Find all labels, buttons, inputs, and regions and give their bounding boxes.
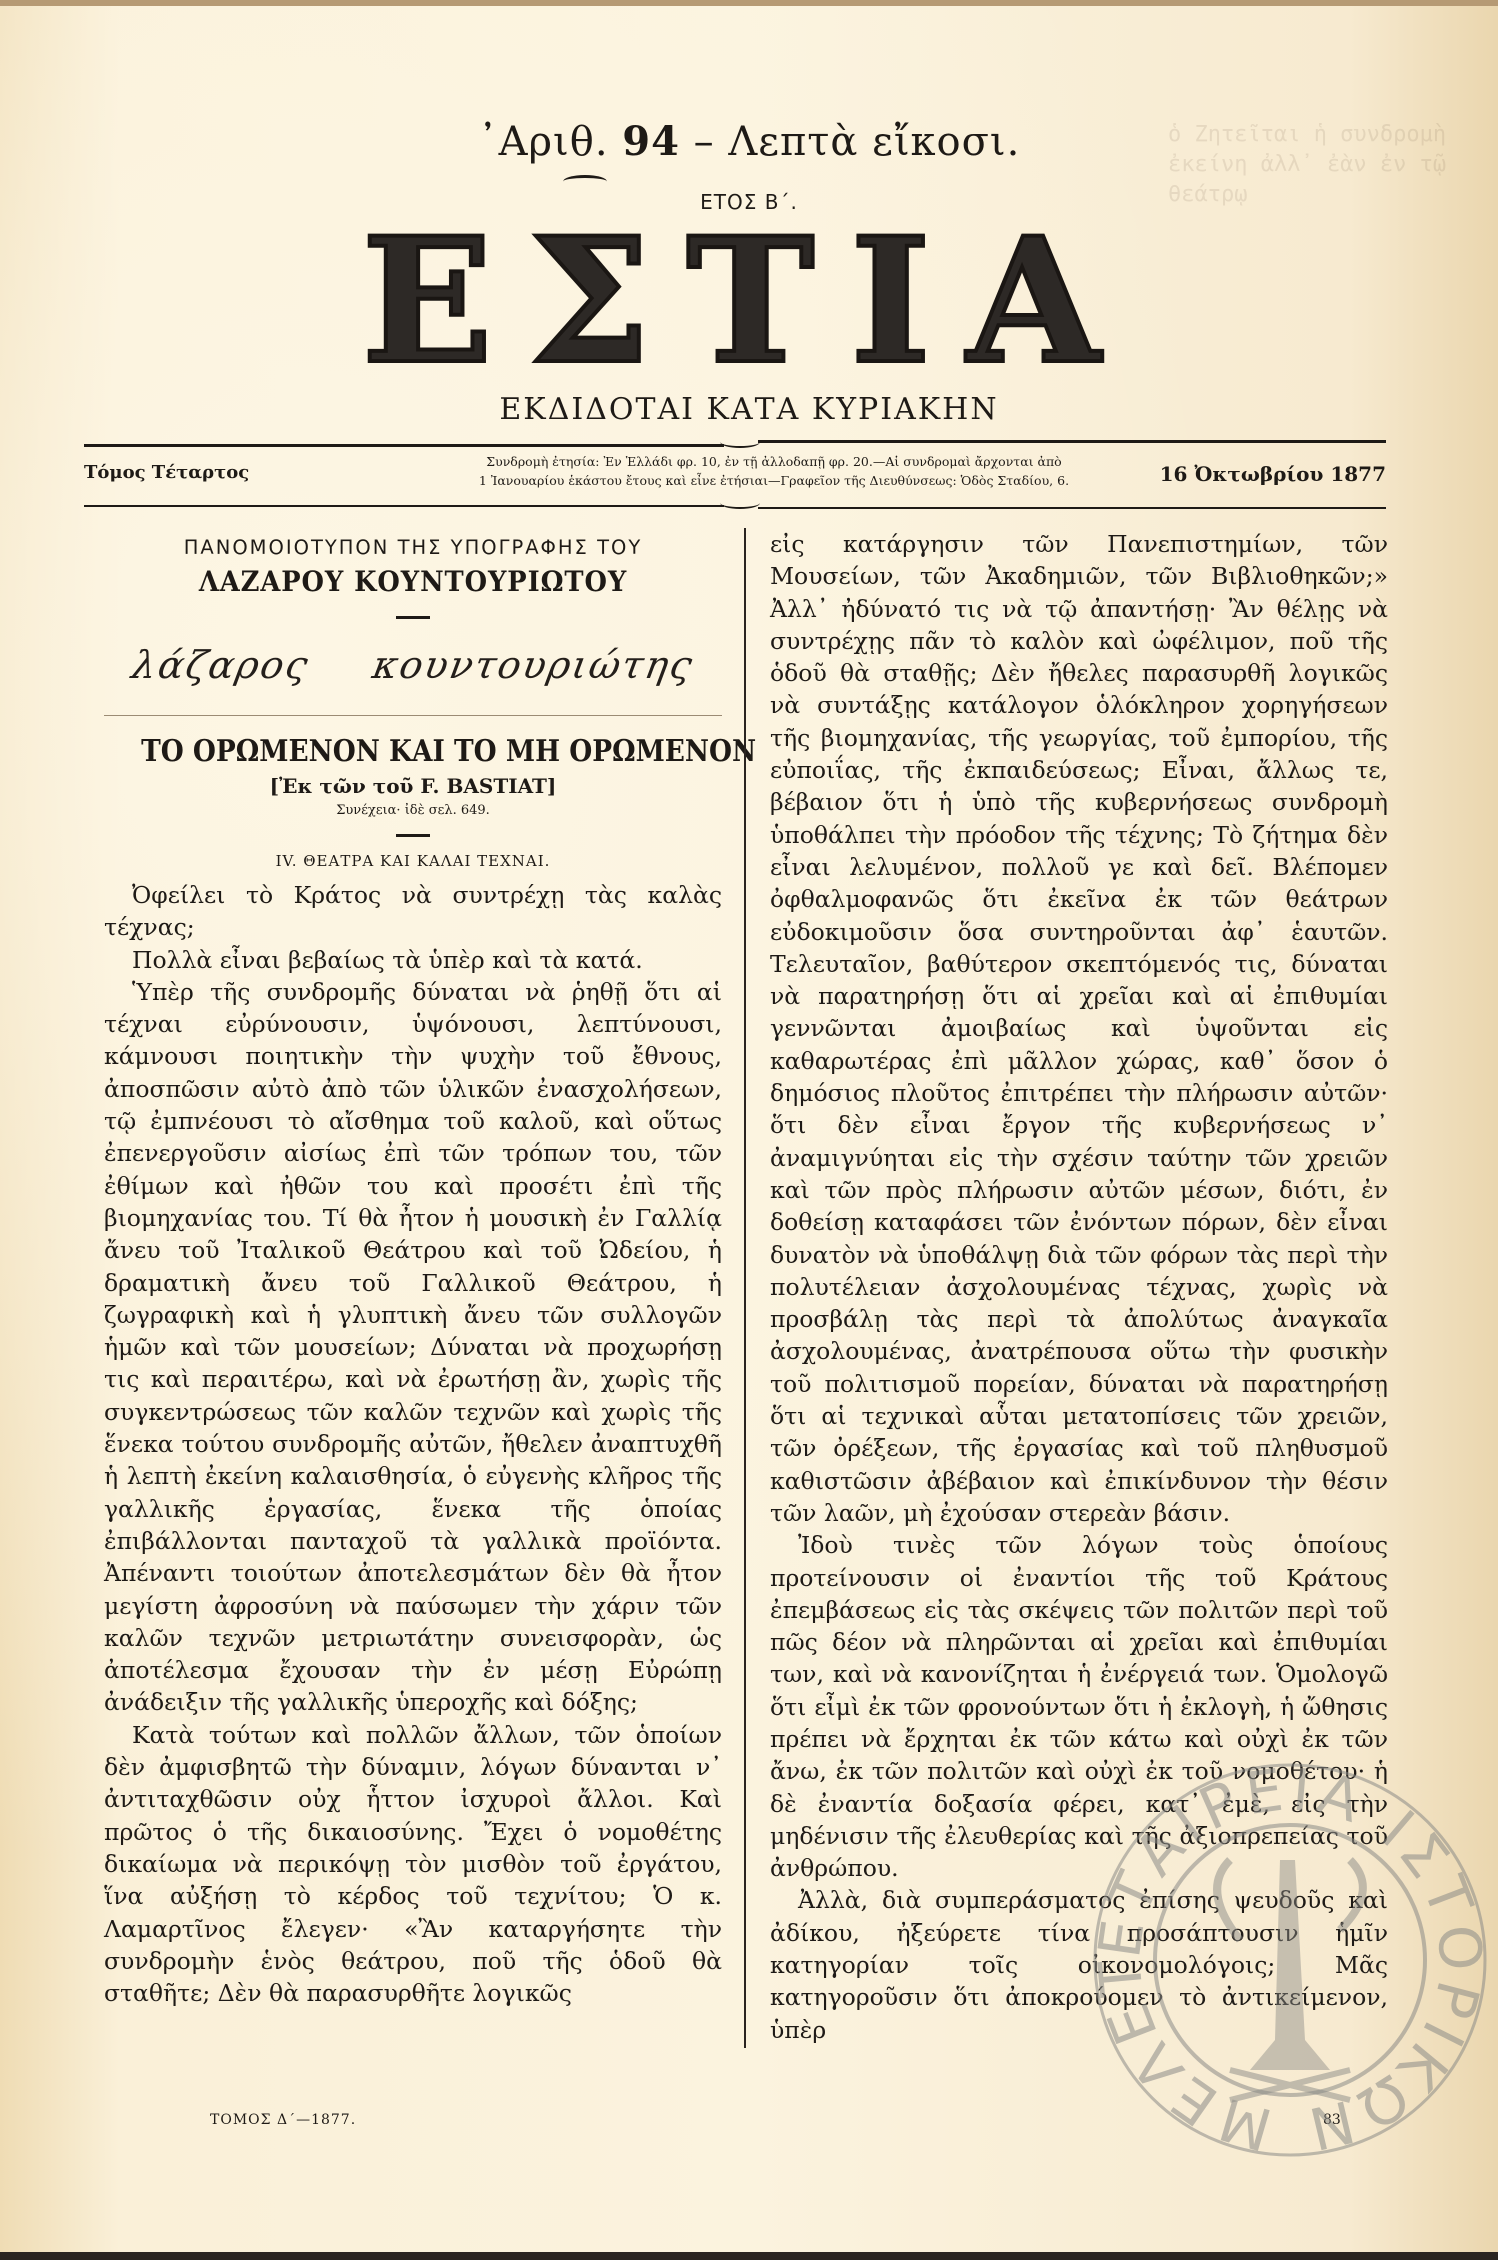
left-column: ΠΑΝΟΜΟΙΟΤΥΠΟΝ ΤΗΣ ΥΠΟΓΡΑΦΗΣ ΤΟΥ ΛΑΖΑΡΟΥ … (104, 528, 722, 2009)
footer-volume-year: ΤΟΜΟΣ Δ΄—1877. (210, 2112, 356, 2128)
handwritten-signature: λάζαρος κουντουριώτης (98, 629, 729, 701)
masthead-rule-bottom-left (84, 505, 724, 507)
separator-dash (396, 616, 430, 619)
right-column: εἰς κατάργησιν τῶν Πανεπιστημίων, τῶν Μο… (770, 528, 1388, 2046)
paragraph: Ἰδοὺ τινὲς τῶν λόγων τοὺς ὁποίους προτεί… (770, 1529, 1388, 1884)
rule-bump-ornament (720, 436, 760, 448)
page-top-edge (0, 0, 1498, 6)
subscription-info: Συνδρομὴ ἐτησία: Ἐν Ἑλλάδι φρ. 10, ἐν τῇ… (354, 452, 1194, 490)
article-source: [Ἐκ τῶν τοῦ F. BASTIAT] (104, 772, 722, 800)
issue-date: 16 Ὀκτωβρίου 1877 (1160, 462, 1386, 486)
masthead-rule-top-right (758, 440, 1386, 443)
rule-bump-ornament-bottom (720, 497, 760, 509)
page-bottom-edge (0, 2252, 1498, 2260)
paragraph: Κατὰ τούτων καὶ πολλῶν ἄλλων, τῶν ὁποίων… (104, 1719, 722, 2010)
newspaper-title: ΕΣΤΙΑ (0, 206, 1498, 396)
issue-price: – Λεπτὰ εἴκοσι. (694, 119, 1021, 165)
signature-name: ΛΑΖΑΡΟΥ ΚΟΥΝΤΟΥΡΙΩΤΟΥ (129, 562, 698, 602)
subscription-line-1: Συνδρομὴ ἐτησία: Ἐν Ἑλλάδι φρ. 10, ἐν τῇ… (354, 452, 1194, 471)
subscription-line-2: 1 Ἰανουαρίου ἑκάστου ἔτους καὶ εἶνε ἐτήσ… (354, 471, 1194, 490)
section-heading: IV. ΘΕΑΤΡΑ ΚΑΙ ΚΑΛΑΙ ΤΕΧΝΑΙ. (104, 849, 722, 873)
signature-heading: ΠΑΝΟΜΟΙΟΤΥΠΟΝ ΤΗΣ ΥΠΟΓΡΑΦΗΣ ΤΟΥ (104, 534, 722, 562)
page-number: 83 (1323, 2112, 1341, 2128)
issue-line: ᾿Αριθ. 94 – Λεπτὰ εἴκοσι. (0, 118, 1498, 165)
volume-label: Τόμος Τέταρτος (84, 462, 249, 483)
masthead-rule-top-left (84, 444, 724, 447)
masthead-info-row: Τόμος Τέταρτος Συνδρομὴ ἐτησία: Ἐν Ἑλλάδ… (84, 452, 1386, 496)
masthead-rule-bottom-right (758, 507, 1386, 509)
paragraph: Ὑπὲρ τῆς συνδρομῆς δύναται νὰ ῥηθῇ ὅτι α… (104, 976, 722, 1719)
newspaper-subtitle: ΕΚΔΙΔΟΤΑΙ ΚΑΤΑ ΚΥΡΙΑΚΗΝ (0, 392, 1498, 427)
issue-number: 94 (622, 118, 680, 165)
year-brace-ornament (563, 175, 607, 188)
paragraph: Ὀφείλει τὸ Κράτος νὰ συντρέχῃ τὰς καλὰς … (104, 879, 722, 944)
paragraph: Πολλὰ εἶναι βεβαίως τὰ ὑπὲρ καὶ τὰ κατά. (104, 944, 722, 976)
issue-prefix: ᾿Αριθ. (478, 119, 609, 165)
section-divider (104, 715, 722, 716)
article-title: ΤΟ ΟΡΩΜΕΝΟΝ ΚΑΙ ΤΟ ΜΗ ΟΡΩΜΕΝΟΝ (141, 732, 685, 772)
separator-dash-2 (396, 834, 430, 837)
paragraph: εἰς κατάργησιν τῶν Πανεπιστημίων, τῶν Μο… (770, 528, 1388, 1529)
article-continuation-note: Συνέχεια· ἰδὲ σελ. 649. (104, 800, 722, 822)
newspaper-page: ὁ Ζητεῖται ἡ συνδρομὴ ἐκείνη ἀλλ᾽ ἐὰν ἐν… (0, 0, 1498, 2260)
column-divider (744, 528, 746, 2048)
paragraph: Ἀλλὰ, διὰ συμπεράσματος ἐπίσης ψευδοῦς κ… (770, 1884, 1388, 2045)
